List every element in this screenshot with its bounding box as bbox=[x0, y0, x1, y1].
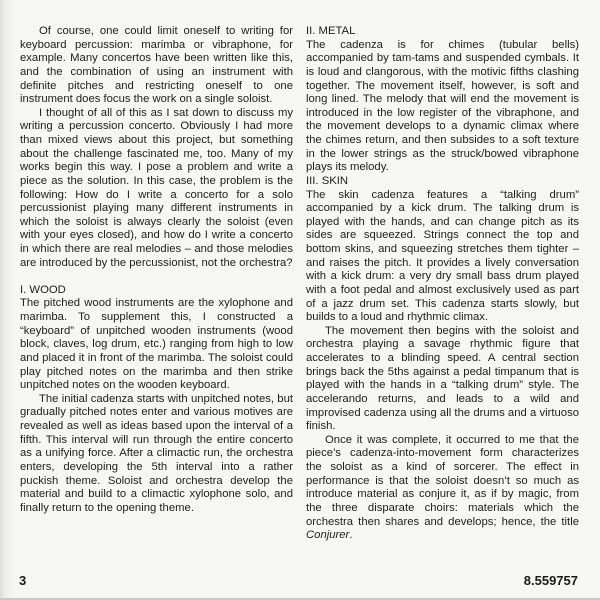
page-number: 3 bbox=[19, 573, 26, 588]
work-title: Conjurer bbox=[306, 529, 349, 541]
intro-paragraph-1: Of course, one could limit oneself to wr… bbox=[20, 25, 293, 107]
section-heading-skin: III. SKIN bbox=[306, 175, 579, 189]
right-column: II. METAL The cadenza is for chimes (tub… bbox=[306, 25, 579, 543]
left-column: Of course, one could limit oneself to wr… bbox=[20, 25, 293, 515]
wood-paragraph-1: The pitched wood instruments are the xyl… bbox=[20, 297, 293, 392]
section-heading-wood: I. WOOD bbox=[20, 284, 293, 298]
closing-period: . bbox=[349, 529, 352, 541]
skin-paragraph-1: The skin cadenza features a “talking dru… bbox=[306, 189, 579, 325]
wood-paragraph-2: The initial cadenza starts with unpitche… bbox=[20, 393, 293, 516]
catalog-number: 8.559757 bbox=[524, 573, 578, 588]
intro-paragraph-2: I thought of all of this as I sat down t… bbox=[20, 107, 293, 271]
booklet-page: Of course, one could limit oneself to wr… bbox=[0, 0, 600, 600]
closing-text: Once it was complete, it occurred to me … bbox=[306, 434, 579, 528]
metal-paragraph-1: The cadenza is for chimes (tubular bells… bbox=[306, 39, 579, 175]
section-heading-metal: II. METAL bbox=[306, 25, 579, 39]
skin-paragraph-2: The movement then begins with the solois… bbox=[306, 325, 579, 434]
closing-paragraph: Once it was complete, it occurred to me … bbox=[306, 434, 579, 543]
